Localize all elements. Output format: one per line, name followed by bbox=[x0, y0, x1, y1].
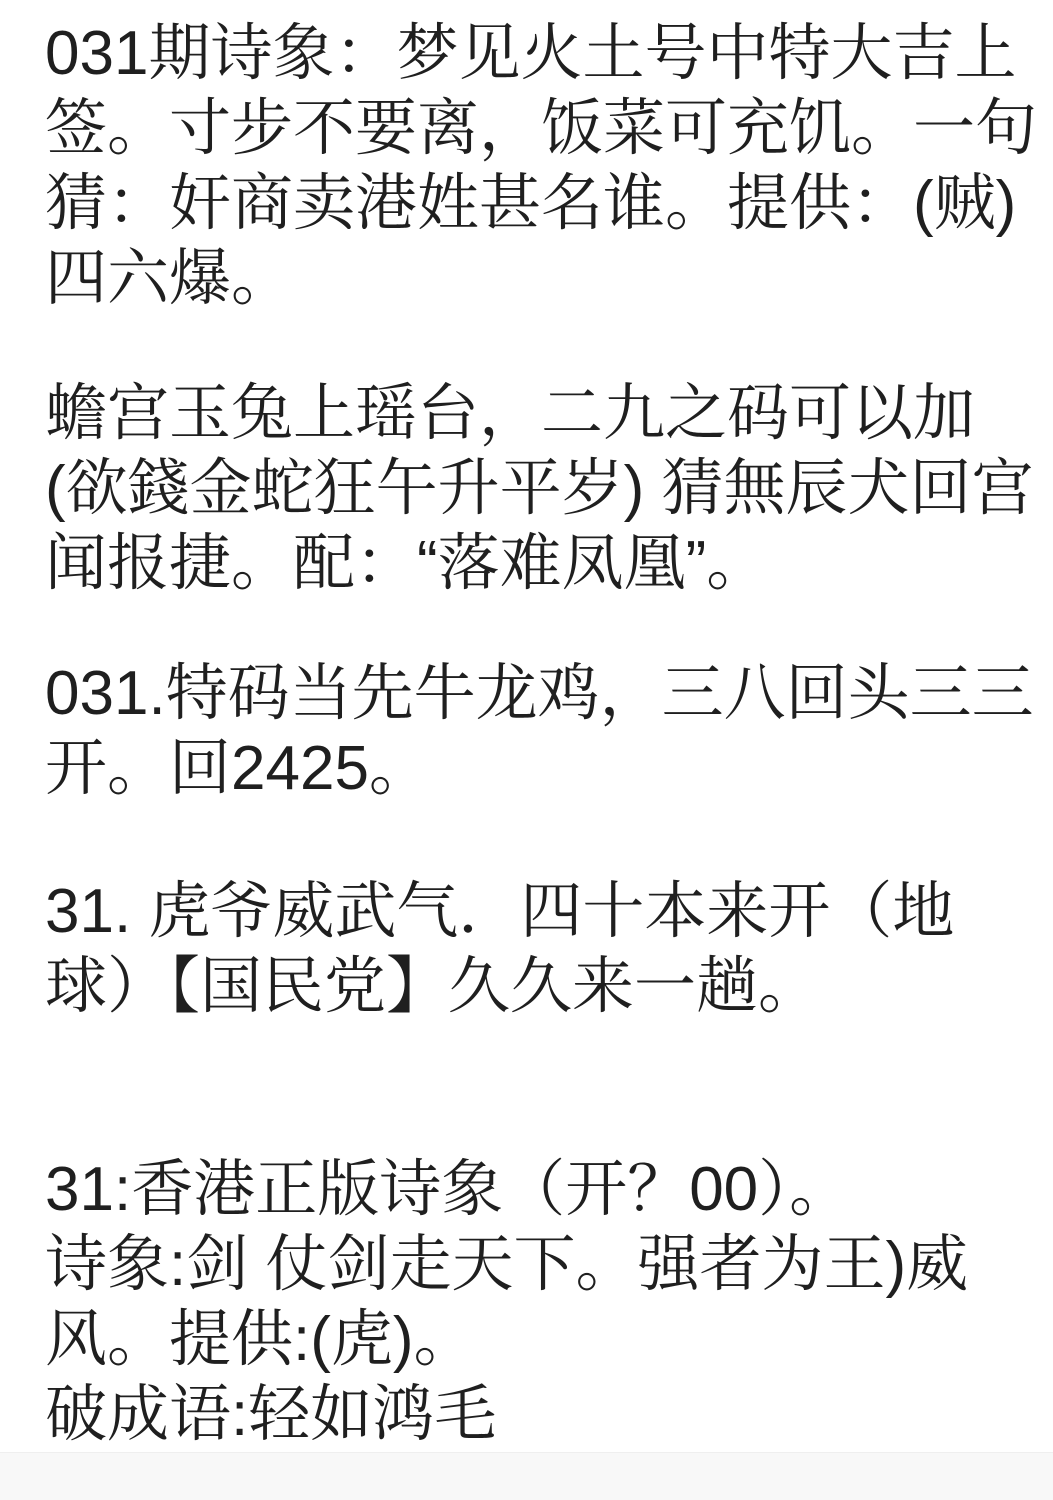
text-line: 球）【国民党】久久来一趟。 bbox=[45, 949, 1011, 1024]
text-line: 031期诗象：梦见火土号中特大吉上 bbox=[45, 16, 1011, 91]
text-line: 签。寸步不要离，饭菜可充饥。一句 bbox=[45, 91, 1011, 166]
page: { "page": { "background_color": "#ffffff… bbox=[0, 0, 1053, 1500]
text-line: 破成语:轻如鸿毛 bbox=[45, 1377, 1011, 1452]
text-line: 开。回2425。 bbox=[45, 731, 1011, 806]
text-content: 031期诗象：梦见火土号中特大吉上 签。寸步不要离，饭菜可充饥。一句 猜：奸商卖… bbox=[0, 0, 1053, 1452]
text-line: 风。提供:(虎)。 bbox=[45, 1302, 1011, 1377]
footer-bar bbox=[0, 1452, 1053, 1500]
paragraph-hongkong-edition-31: 31:香港正版诗象（开？00）。 诗象:剑 仗剑走天下。强者为王)威 风。提供:… bbox=[45, 1152, 1011, 1452]
text-line: 蟾宫玉兔上瑶台，二九之码可以加 bbox=[45, 376, 1011, 451]
text-line: 四六爆。 bbox=[45, 241, 1011, 316]
text-line: 031.特码当先牛龙鸡，三八回头三三 bbox=[45, 656, 1011, 731]
text-line: 31. 虎爷威武气．四十本来开（地 bbox=[45, 874, 1011, 949]
text-line: (欲錢金蛇狂午升平岁) 猜無辰犬回宫 bbox=[45, 451, 1011, 526]
text-line: 闻报捷。配：“落难凤凰”。 bbox=[45, 526, 1011, 601]
text-line: 猜：奸商卖港姓甚名谁。提供：(贼) bbox=[45, 166, 1011, 241]
text-line: 31:香港正版诗象（开？00）。 bbox=[45, 1152, 1011, 1227]
paragraph-special-code-031: 031.特码当先牛龙鸡，三八回头三三 开。回2425。 bbox=[45, 656, 1011, 806]
paragraph-toad-palace-verse: 蟾宫玉兔上瑶台，二九之码可以加 (欲錢金蛇狂午升平岁) 猜無辰犬回宫 闻报捷。配… bbox=[45, 376, 1011, 601]
paragraph-issue-031-poem: 031期诗象：梦见火土号中特大吉上 签。寸步不要离，饭菜可充饥。一句 猜：奸商卖… bbox=[45, 16, 1011, 316]
text-line: 诗象:剑 仗剑走天下。强者为王)威 bbox=[45, 1227, 1011, 1302]
paragraph-tiger-verse-31: 31. 虎爷威武气．四十本来开（地 球）【国民党】久久来一趟。 bbox=[45, 874, 1011, 1024]
